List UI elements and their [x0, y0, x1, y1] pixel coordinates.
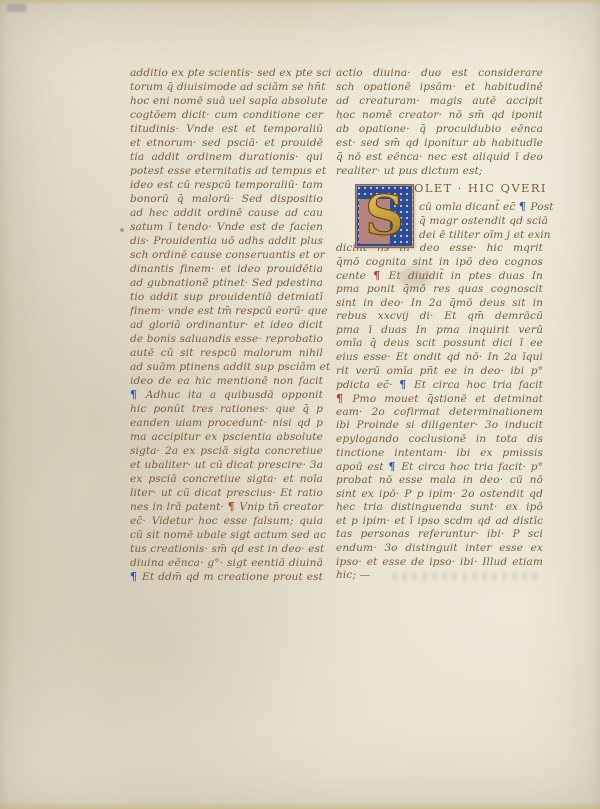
- text-line: rit verū omīa pn̄t ee in deo· ibi p°: [336, 365, 543, 379]
- text-line: torum q̄ diuisimode ad sciām se hn̄t: [130, 80, 323, 94]
- text-line: satum ī tendo· Vnde est de facien: [130, 220, 323, 234]
- left-text-column: additio ex pte scientis· sed ex pte scit…: [130, 66, 323, 584]
- text-line: autē cū sit respcū malorum nihil: [130, 346, 323, 360]
- manuscript-page: additio ex pte scientis· sed ex pte scit…: [0, 0, 600, 809]
- text-line: rebus xxcvij di· Et qm̄ demrācū: [336, 310, 543, 324]
- text-line: pdicta ec̄· ¶ Et circa hoc tria facit: [336, 378, 543, 392]
- text-line: endum· 3o distinguit inter esse ex: [336, 542, 543, 556]
- text-line: dis· Prouidentia uō adhs addit plus: [130, 234, 323, 248]
- text-line: additio ex pte scientis· sed ex pte sci: [130, 66, 323, 80]
- pilcrow-red-icon: ¶: [373, 269, 381, 282]
- text-line: apoū est ¶ Et circa hoc tria facit· p°: [336, 460, 543, 474]
- text-line: tus creationis· sm̄ qd est in deo· est: [130, 542, 323, 556]
- text-line: ibi Proinde si diligenter· 3o inducit: [336, 419, 543, 433]
- text-line: dei ē tiliter oīm j et exin: [419, 228, 543, 242]
- text-line: q̄ nō est eēnca· nec est aliquid ī deo: [336, 150, 543, 164]
- text-line: et p ipim· et ī ipso scdm qd ad distīc: [336, 515, 543, 529]
- text-line: diuina eēnca· g°· sigt eentiā diuinā: [130, 556, 323, 570]
- text-line: ipso· et esse de ipso· ibi· Illud etiam: [336, 556, 543, 570]
- text-line: ¶ Et ddm̄ qd m creatione prout est: [130, 570, 323, 584]
- text-line: potest esse eternitatis ad tempus et: [130, 164, 323, 178]
- text-line: cogtōem dicit· cum conditione cer: [130, 108, 323, 122]
- text-line: ideo de ea hic mentionē non facit: [130, 374, 323, 388]
- text-line: ¶ Adhuc ita a quibusdā opponit: [130, 388, 323, 402]
- text-line: ¶ Pmo mouet q̄stionē et detminat: [336, 392, 543, 406]
- text-line: probat nō esse mala in deo· cū nō: [336, 474, 543, 488]
- text-line: eam· 2o cofirmat determinationem: [336, 406, 543, 420]
- text-line: finem· vnde est tm̄ respcū eorū· que: [130, 304, 323, 318]
- text-line: cente ¶ Et diuidit̄ in ptes duas In: [336, 269, 543, 283]
- pilcrow-blue-icon: ¶: [519, 200, 527, 213]
- text-line: ad hec addit ordinē cause ad cau: [130, 206, 323, 220]
- text-line: et ubaliter· ut cū dicat prescire· 3a: [130, 458, 323, 472]
- text-line: realiter· ut pus dictum est;: [336, 164, 543, 178]
- pilcrow-blue-icon: ¶: [130, 570, 138, 583]
- text-line: tia addit ordinem durationis· qui: [130, 150, 323, 164]
- text-line: bonorū q̄ malorū· Sed dispositio: [130, 192, 323, 206]
- text-line: ma accipitur ex pscientia absolute: [130, 430, 323, 444]
- pilcrow-red-icon: ¶: [336, 392, 344, 405]
- text-line: tio addit sup prouidentiā detmiatī: [130, 290, 323, 304]
- text-line: ad creaturam· magis autē accipit: [336, 94, 543, 108]
- text-line: ad gubnationē ptinet· Sed pdestina: [130, 276, 323, 290]
- text-line: sch opationē ipsām· et habitudinē: [336, 80, 543, 94]
- ink-offset-ghost: [392, 572, 542, 581]
- text-line: tas personas referuntur· ibi· P sci: [336, 528, 543, 542]
- text-line: et etnorum· sed psciā· et prouidē: [130, 136, 323, 150]
- illuminated-initial: S: [355, 184, 414, 248]
- text-line: hoc nomē creator· nō sm̄ qd iponit: [336, 108, 543, 122]
- text-line: pma ī duas In pma inquirit verū: [336, 324, 543, 338]
- text-line: liter· ut cū dicat prescius· Et ratio: [130, 486, 323, 500]
- pilcrow-blue-icon: ¶: [399, 378, 407, 391]
- text-line: cū sit nomē ubale sigt actum sed ac: [130, 528, 323, 542]
- text-line: nes in lrā patent· ¶ Vnip tn̄ creator: [130, 500, 323, 514]
- text-line: hoc eni nomē suā uel sapīa absolute: [130, 94, 323, 108]
- text-line: eanden uiam procedunt· nisi qd p: [130, 416, 323, 430]
- text-line: hic ponūt tres rationes· que q̄ p: [130, 402, 323, 416]
- text-line: ad gloriā ordinantur· et ideo dicit: [130, 318, 323, 332]
- text-line: sint ex ipō· P p ipim· 2o ostendit qd: [336, 488, 543, 502]
- leaf-bottom-edge: [0, 803, 600, 809]
- right-body-lines: dicint̄ ns̄ in deo esse· hic mqritq̄mō c…: [336, 242, 543, 583]
- pilcrow-red-icon: ¶: [228, 500, 236, 513]
- leaf-top-edge: [0, 0, 600, 4]
- faint-shelfmark-stamp: [7, 4, 26, 12]
- right-intro-lines: actio diuina· duo est consideraresch opa…: [336, 66, 543, 178]
- text-line: est· sed sm̄ qd iponitur ab habitudīe: [336, 136, 543, 150]
- text-line: ab opatione· q̄ proculdubio eēnca: [336, 122, 543, 136]
- pilcrow-blue-icon: ¶: [388, 460, 396, 473]
- text-line: titudinis· Vnde est et temporaliū: [130, 122, 323, 136]
- text-line: sigta· 2a ex psciā sigta concretiue: [130, 444, 323, 458]
- text-line: dinantis finem· et ideo prouidētia: [130, 262, 323, 276]
- pilcrow-blue-icon: ¶: [130, 388, 138, 401]
- text-line: epylogando coclusionē in tota dis: [336, 433, 543, 447]
- text-line: de bonis saluandis esse· reprobatio: [130, 332, 323, 346]
- text-line: q̄mō cognita sint in ipō deo cognos: [336, 256, 543, 270]
- text-line: actio diuina· duo est considerare: [336, 66, 543, 80]
- text-line: ad suām ptinens addit sup psciām et: [130, 360, 323, 374]
- text-line: ideo est cū respcū temporaliū· tam: [130, 178, 323, 192]
- initial-letter-icon: S: [356, 185, 413, 247]
- text-line: cū omīa dicant̄ ec̄ ¶ Post: [419, 200, 543, 214]
- text-line: pma ponit q̄mō res quas cognoscit: [336, 283, 543, 297]
- text-line: sch ordinē cause conseruantis et or: [130, 248, 323, 262]
- margin-ink-speck: [120, 228, 124, 232]
- text-line: tinctione intentam· ibi ex pmissis: [336, 447, 543, 461]
- text-line: hec tria distinguenda sunt· ex ipō: [336, 501, 543, 515]
- text-line: ex psciā concretiue sigta· et noīa: [130, 472, 323, 486]
- text-line: q̄ magr ostendit qd sciā: [419, 214, 543, 228]
- right-text-column: actio diuina· duo est consideraresch opa…: [336, 66, 543, 583]
- text-line: omīa q̄ deus scit possunt dici ī ee: [336, 337, 543, 351]
- text-line: eius esse· Et ondit qd nō· In 2a īqui: [336, 351, 543, 365]
- text-line: sint in deo· In 2a q̄mō deus sit in: [336, 297, 543, 311]
- text-line: ec̄· Videtur hoc esse falsum; quia: [130, 514, 323, 528]
